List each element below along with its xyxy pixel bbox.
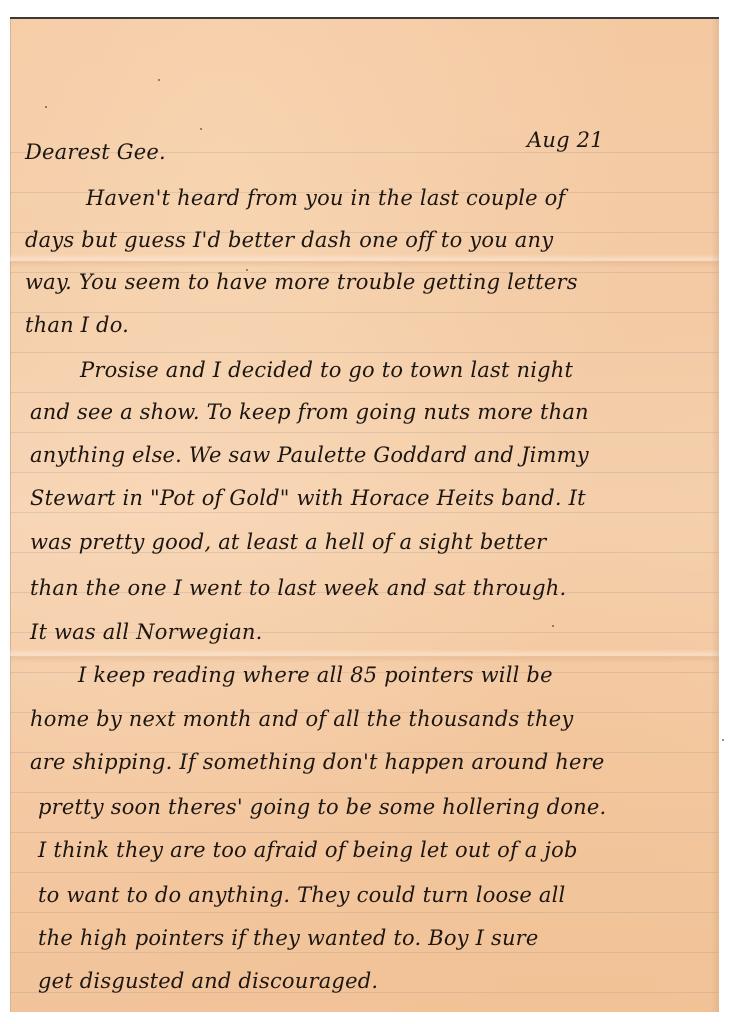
letter-line: pretty soon theres' going to be some hol… xyxy=(38,795,606,819)
letter-line: Prosise and I decided to go to town last… xyxy=(80,358,573,382)
letter-line: get disgusted and discouraged. xyxy=(38,969,378,993)
letter-line: anything else. We saw Paulette Goddard a… xyxy=(30,443,589,467)
letter-line: the high pointers if they wanted to. Boy… xyxy=(38,926,539,950)
letter-body: Dearest Gee. Aug 21 Haven't heard from y… xyxy=(0,0,742,1024)
letter-salutation: Dearest Gee. xyxy=(25,140,166,164)
letter-line: than the one I went to last week and sat… xyxy=(30,576,566,600)
letter-line: I think they are too afraid of being let… xyxy=(38,838,578,862)
letter-line: It was all Norwegian. xyxy=(30,620,263,644)
letter-line: I keep reading where all 85 pointers wil… xyxy=(78,663,553,687)
letter-line: and see a show. To keep from going nuts … xyxy=(30,400,589,424)
letter-line: to want to do anything. They could turn … xyxy=(38,883,565,907)
letter-line: days but guess I'd better dash one off t… xyxy=(25,228,553,252)
letter-line: way. You seem to have more trouble getti… xyxy=(25,270,578,294)
letter-line: than I do. xyxy=(25,313,129,337)
letter-date: Aug 21 xyxy=(527,128,604,152)
letter-line: Stewart in "Pot of Gold" with Horace Hei… xyxy=(30,486,586,510)
letter-line: are shipping. If something don't happen … xyxy=(30,750,604,774)
letter-line: home by next month and of all the thousa… xyxy=(30,707,573,731)
letter-line: Haven't heard from you in the last coupl… xyxy=(86,186,565,210)
letter-line: was pretty good, at least a hell of a si… xyxy=(30,530,546,554)
